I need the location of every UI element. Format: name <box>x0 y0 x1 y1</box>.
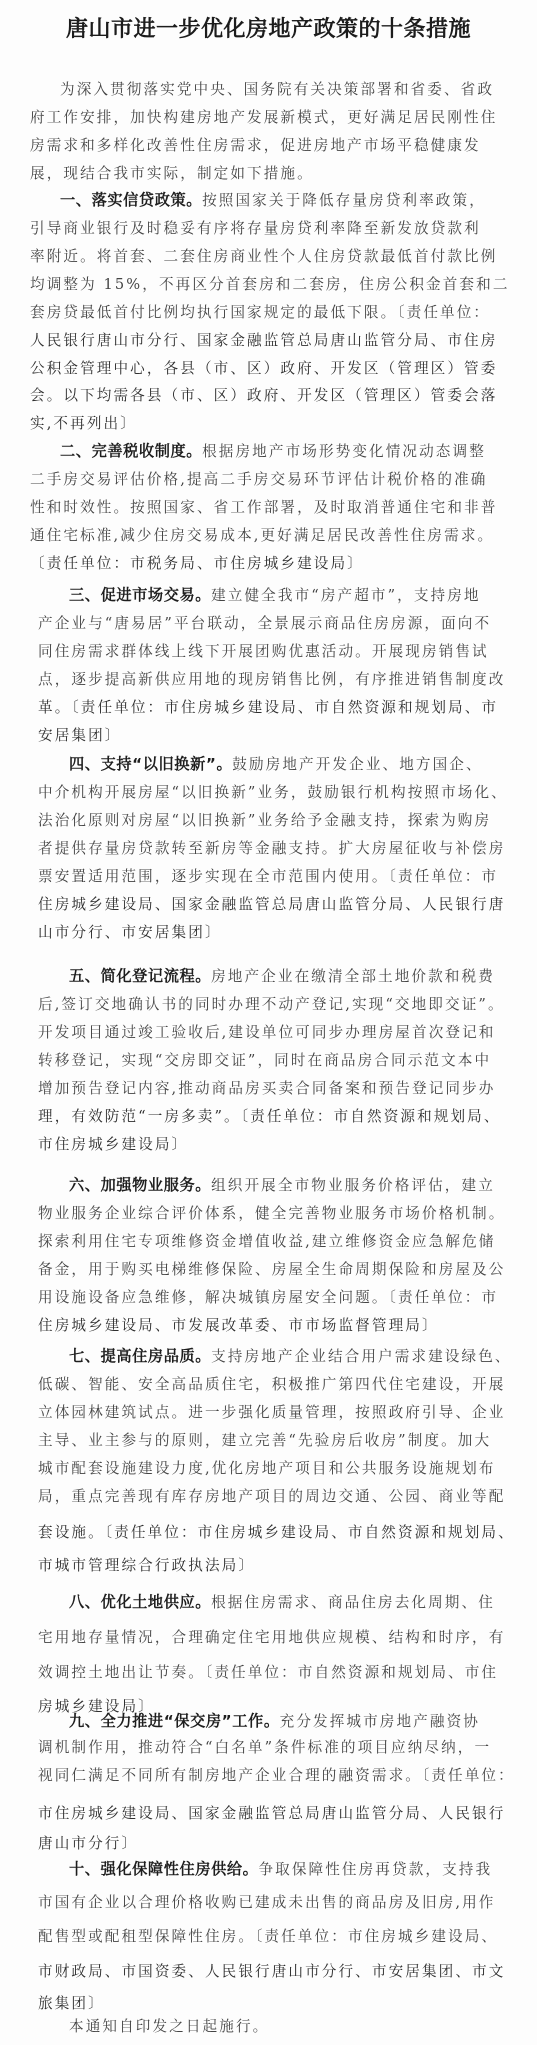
document-page: 唐山市进一步优化房地产政策的十条措施 为深入贯彻落实党中央、国务院有关决策部署和… <box>0 0 537 2045</box>
section-1-text: 按照国家关于降低存量房贷利率政策， <box>202 192 486 209</box>
section-9-heading: 九、全力推进“保交房”工作。 <box>69 1712 280 1730</box>
section-9-line: 市住房城乡建设局、国家金融监管总局唐山监管分局、人民银行 <box>38 1800 505 1827</box>
section-1-line: 公积金管理中心，各县（市、区）政府、开发区（管理区）管委 <box>30 355 497 382</box>
intro-line: 房需求和多样化改善性住房需求，促进房地产市场平稳健康发 <box>30 132 481 159</box>
section-3-text: 建立健全我市“房产超市”，支持房地 <box>211 587 481 604</box>
section-4-text: 鼓励房地产开发企业、地方国企、 <box>232 756 482 773</box>
section-7-line: 套设施。〔责任单位：市住房城乡建设局、市自然资源和规划局、 <box>38 1519 515 1546</box>
section-6-heading: 六、加强物业服务。 <box>69 1176 211 1194</box>
section-2-heading: 二、完善税收制度。 <box>60 442 202 460</box>
section-10-line: 市财政局、市国资委、人民银行唐山市分行、市安居集团、市文 <box>38 1958 505 1985</box>
section-8-heading: 八、优化土地供应。 <box>69 1593 211 1611</box>
section-4-heading: 四、支持“以旧换新”。 <box>69 755 232 773</box>
section-7-line: 局，重点完善现有库存房地产项目的周边交通、公园、商业等配 <box>38 1483 505 1510</box>
section-7-heading: 七、提高住房品质。 <box>69 1347 211 1365</box>
section-10-first-line: 十、强化保障性住房供给。争取保障性住房再贷款，支持我 <box>69 1856 492 1883</box>
section-1-line: 实,不再列出〕 <box>30 410 137 437</box>
section-2-line: 性和时效性。按照国家、省工作部署，及时取消普通住宅和非普 <box>30 494 497 521</box>
section-7-line: 主导、业主参与的原则，建立完善“先验房后收房”制度。加大 <box>38 1427 491 1454</box>
section-7-text: 支持房地产企业结合用户需求建设绿色、 <box>211 1348 512 1365</box>
section-3-heading: 三、促进市场交易。 <box>69 586 211 604</box>
section-2-line: 〔责任单位：市税务局、市住房城乡建设局〕 <box>30 550 364 577</box>
section-9-line: 视同仁满足不同所有制房地产企业合理的融资需求。〔责任单位： <box>38 1762 515 1789</box>
section-4-line: 票安置适用范围，逐步实现在全市范围内使用。〔责任单位：市 <box>38 863 498 890</box>
section-6-line: 住房城乡建设局、市发展改革委、市市场监督管理局〕 <box>38 1312 439 1339</box>
section-3-first-line: 三、促进市场交易。建立健全我市“房产超市”，支持房地 <box>69 582 481 609</box>
section-3-line: 同住房需求群体线上线下开展团购优惠活动。开展现房销售试 <box>38 638 489 665</box>
section-6-line: 用设施设备应急维修，解决城镇房屋安全问题。〔责任单位：市 <box>38 1284 498 1311</box>
section-5-line: 市住房城乡建设局〕 <box>38 1131 188 1158</box>
section-7-line: 市城市管理综合行政执法局〕 <box>38 1552 255 1579</box>
section-4-line: 住房城乡建设局、国家金融监管总局唐山监管分局、人民银行唐 <box>38 891 505 918</box>
section-2-line: 二手房交易评估价格,提高二手房交易环节评估计税价格的准确 <box>30 466 487 493</box>
section-6-first-line: 六、加强物业服务。组织开展全市物业服务价格评估，建立 <box>69 1172 495 1199</box>
section-7-line: 城市配套设施建设力度,优化房地产项目和公共服务设施规划布 <box>38 1455 495 1482</box>
section-5-text: 房地产企业在缴清全部土地价款和税费 <box>211 968 495 985</box>
section-8-line: 宅用地存量情况，合理确定住宅用地供应规模、结构和时序，有 <box>38 1624 505 1651</box>
section-3-line: 革。〔责任单位：市住房城乡建设局、市自然资源和规划局、市 <box>38 694 498 721</box>
section-6-line: 物业服务企业综合评价体系，健全完善物业服务市场价格机制。 <box>38 1200 505 1227</box>
closing-line: 本通知自印发之日起施行。 <box>69 2013 269 2040</box>
section-1-line: 人民银行唐山市分行、国家金融监管总局唐山监管分局、市住房 <box>30 327 497 354</box>
section-9-first-line: 九、全力推进“保交房”工作。充分发挥城市房地产融资协 <box>69 1708 480 1735</box>
section-10-text: 争取保障性住房再贷款，支持我 <box>258 1861 492 1878</box>
section-5-line: 开发项目通过竣工验收后,建设单位可同步办理房屋首次登记和 <box>38 1019 495 1046</box>
section-5-first-line: 五、简化登记流程。房地产企业在缴清全部土地价款和税费 <box>69 963 495 990</box>
section-4-first-line: 四、支持“以旧换新”。鼓励房地产开发企业、地方国企、 <box>69 751 483 778</box>
section-5-line: 后,签订交地确认书的同时办理不动产登记,实现“交地即交证”。 <box>38 991 505 1018</box>
section-4-line: 山市分行、市安居集团〕 <box>38 919 222 946</box>
section-4-line: 法治化原则对房屋“以旧换新”业务给予金融支持，探索为购房 <box>38 807 491 834</box>
section-4-line: 中介机构开展房屋“以旧换新”业务，鼓励银行机构按照市场化、 <box>38 779 508 806</box>
section-6-line: 探索利用住宅专项维修资金增值收益,建立维修资金应急解危储 <box>38 1228 495 1255</box>
intro-line: 为深入贯彻落实党中央、国务院有关决策部署和省委、省政 <box>60 76 494 103</box>
section-1-line: 套房贷最低首付比例均执行国家规定的最低下限。〔责任单位： <box>30 299 490 326</box>
section-3-line: 点，逐步提高新供应用地的现房销售比例，有序推进销售制度改 <box>38 666 505 693</box>
section-3-line: 产企业与“唐易居”平台联动，全景展示商品住房房源，面向不 <box>38 610 491 637</box>
section-5-line: 转移登记，实现“交房即交证”，同时在商品房合同示范文本中 <box>38 1047 491 1074</box>
document-title: 唐山市进一步优化房地产政策的十条措施 <box>0 12 537 48</box>
section-6-line: 备金，用于购买电梯维修保险、房屋全生命周期保险和房屋及公 <box>38 1256 505 1283</box>
section-10-line: 配售型或配租型保障性住房。〔责任单位：市住房城乡建设局、 <box>38 1923 498 1950</box>
section-1-first-line: 一、落实信贷政策。按照国家关于降低存量房贷利率政策， <box>60 187 486 214</box>
section-1-line: 率附近。将首套、二套住房商业性个人住房贷款最低首付款比例 <box>30 243 497 270</box>
section-9-line: 唐山市分行〕 <box>38 1830 138 1857</box>
section-8-text: 根据住房需求、商品住房去化周期、住 <box>211 1594 495 1611</box>
section-5-line: 增加预告登记内容,推动商品房买卖合同备案和预告登记同步办 <box>38 1075 495 1102</box>
section-1-line: 均调整为 15%，不再区分首套房和二套房，住房公积金首套和二 <box>30 271 510 298</box>
section-3-line: 安居集团〕 <box>38 722 121 749</box>
section-4-line: 者提供存量房贷款转至新房等金融支持。扩大房屋征收与补偿房 <box>38 835 505 862</box>
section-10-heading: 十、强化保障性住房供给。 <box>69 1860 258 1878</box>
section-6-text: 组织开展全市物业服务价格评估，建立 <box>211 1177 495 1194</box>
section-1-heading: 一、落实信贷政策。 <box>60 191 202 209</box>
intro-line: 展，现结合我市实际，制定如下措施。 <box>30 160 314 187</box>
section-2-first-line: 二、完善税收制度。根据房地产市场形势变化情况动态调整 <box>60 438 486 465</box>
section-2-line: 通住宅标准,减少住房交易成本,更好满足居民改善性住房需求。 <box>30 522 494 549</box>
section-1-line: 会。以下均需各县（市、区）政府、开发区（管理区）管委会落 <box>30 382 497 409</box>
section-9-text: 充分发挥城市房地产融资协 <box>280 1713 480 1730</box>
section-7-line: 低碳、智能、安全高品质住宅，积极推广第四代住宅建设，开展 <box>38 1371 505 1398</box>
section-9-line: 调机制作用，推动符合“白名单”条件标准的项目应纳尽纳，一 <box>38 1734 491 1761</box>
section-1-line: 引导商业银行及时稳妥有序将存量房贷利率降至新发放贷款利 <box>30 215 481 242</box>
section-8-first-line: 八、优化土地供应。根据住房需求、商品住房去化周期、住 <box>69 1589 495 1616</box>
section-7-first-line: 七、提高住房品质。支持房地产企业结合用户需求建设绿色、 <box>69 1343 512 1370</box>
intro-line: 府工作安排，加快构建房地产发展新模式，更好满足居民刚性住 <box>30 104 497 131</box>
section-10-line: 市国有企业以合理价格收购已建成未出售的商品房及旧房,用作 <box>38 1889 495 1916</box>
section-5-line: 理，有效防范“一房多卖”。〔责任单位：市自然资源和规划局、 <box>38 1103 501 1130</box>
section-5-heading: 五、简化登记流程。 <box>69 967 211 985</box>
section-2-text: 根据房地产市场形势变化情况动态调整 <box>202 443 486 460</box>
section-8-line: 效调控土地出让节奏。〔责任单位：市自然资源和规划局、市住 <box>38 1659 498 1686</box>
section-7-line: 立体园林建筑试点。进一步强化质量管理，按照政府引导、企业 <box>38 1399 505 1426</box>
